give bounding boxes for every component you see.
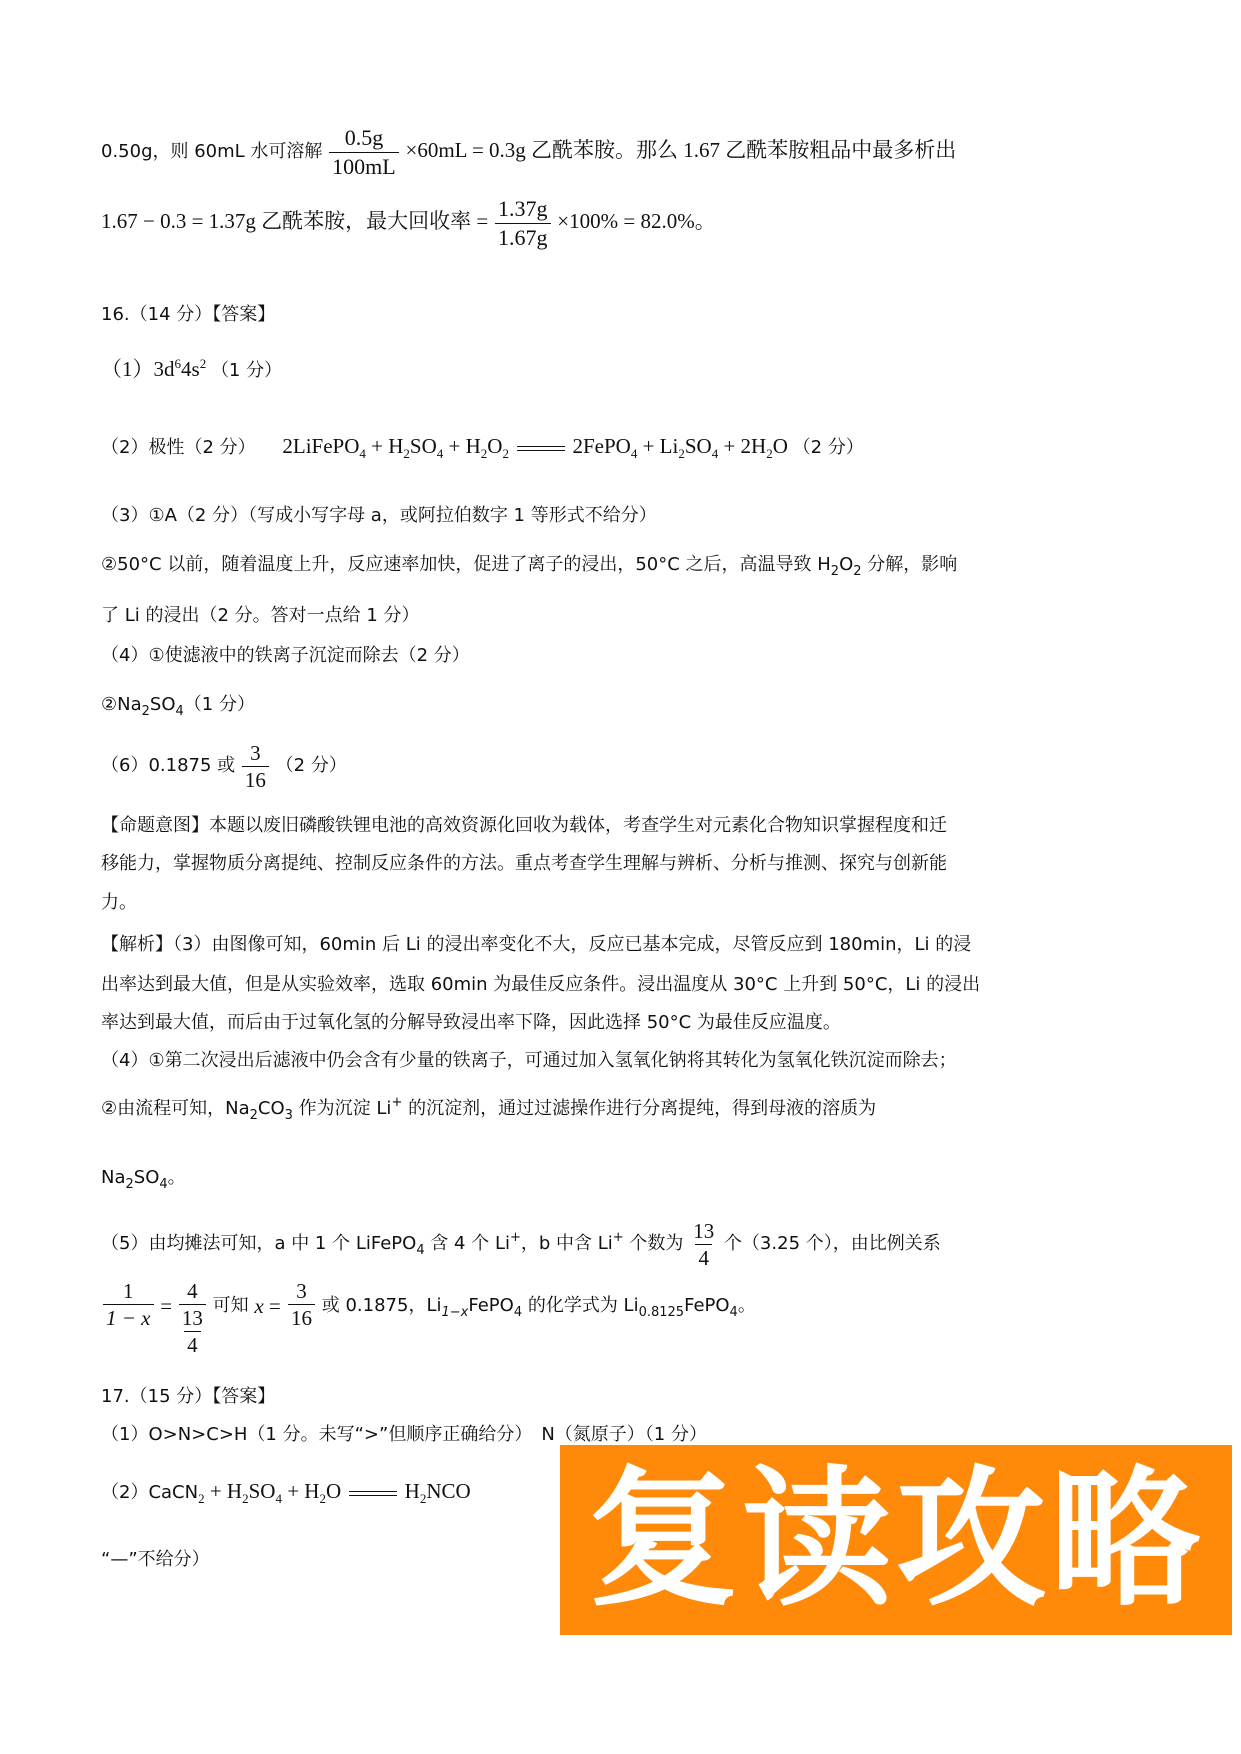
fraction: 1 1 − x [103,1278,154,1331]
q16-answer-3-2: ②50°C 以前，随着温度上升，反应速率加快，促进了离子的浸出，50°C 之后，… [101,552,957,578]
text: （5）由均摊法可知，a 中 1 个 LiFePO4 含 4 个 Li+，b 中含… [101,1233,683,1254]
denominator: 16 [288,1304,315,1331]
q16-answer-2: （2）极性（2 分） 2LiFePO4 + H2SO4 + H2O2 2FePO… [101,433,864,461]
analysis-line-2: 出率达到最大值，但是从实验效率，选取 60min 为最佳反应条件。浸出温度从 3… [101,972,980,998]
q16-answer-1: （1）3d64s2 （1 分） [101,356,282,384]
text: （1）3d64s2 [101,357,206,381]
equation: （2）CaCN2 + H2SO4 + H2O [101,1479,341,1503]
numerator: 0.5g [342,124,387,152]
text: ②Na2SO4（1 分） [101,694,255,715]
analysis-line-4: （4）①第二次浸出后滤液中仍会含有少量的铁离子，可通过加入氢氧化钠将其转化为氢氧… [101,1048,957,1074]
denominator: 4 [695,1244,712,1271]
analysis-4-2: ②由流程可知，Na2CO3 作为沉淀 Li+ 的沉淀剂，通过过滤操作进行分离提纯… [101,1096,876,1122]
calc-line-1: 0.50g，则 60mL 水可溶解 0.5g 100mL ×60mL = 0.3… [101,124,956,181]
analysis-5-2: 1 1 − x = 4 13 4 可知 x = 3 16 或 0.1875，Li… [101,1278,756,1358]
text: ②由流程可知，Na2CO3 作为沉淀 Li+ 的沉淀剂，通过过滤操作进行分离提纯… [101,1098,876,1119]
q16-answer-3-3: 了 Li 的浸出（2 分。答对一点给 1 分） [101,603,420,629]
q16-answer-4-1: （4）①使滤液中的铁离子沉淀而除去（2 分） [101,643,470,669]
text: （2 分） [276,755,347,776]
numerator: 13 [690,1218,717,1244]
calc-line-2: 1.67 − 0.3 = 1.37g 乙酰苯胺，最大回收率 = 1.37g 1.… [101,195,716,252]
intent-line-1: 【命题意图】本题以废旧磷酸铁锂电池的高效资源化回收为载体，考查学生对元素化合物知… [101,813,947,839]
text: （6）0.1875 或 [101,755,235,776]
text: 1.67 − 0.3 = 1.37g 乙酰苯胺，最大回收率 = [101,209,488,233]
text: Na2SO4。 [101,1167,186,1188]
complex-fraction: 4 13 4 [179,1278,206,1358]
fraction: 3 16 [288,1278,315,1331]
denominator: 16 [242,766,269,793]
equals: = [160,1294,172,1318]
watermark-text: 复读攻略 [588,1465,1204,1615]
intent-line-2: 移能力，掌握物质分离提纯、控制反应条件的方法。重点考查学生理解与辨析、分析与推测… [101,851,947,877]
text: 可知 [213,1295,255,1316]
analysis-4-3: Na2SO4。 [101,1165,186,1191]
intent-line-3: 力。 [101,890,137,916]
text: 或 0.1875，Li1−xFePO4 的化学式为 Li0.8125FePO4。 [322,1295,756,1316]
equation-right: 2FePO4 + Li2SO4 + 2H2O [572,434,787,458]
fraction: 13 4 [690,1218,717,1271]
q17-header: 17.（15 分）【答案】 [101,1384,275,1410]
text: ×100% = 82.0%。 [557,209,715,233]
q17-answer-2: （2）CaCN2 + H2SO4 + H2O H2NCO [101,1478,471,1506]
variable: x [254,1294,263,1318]
text: 个（3.25 个），由比例关系 [724,1233,941,1254]
numerator: 3 [247,740,264,766]
equals-sign [349,1491,397,1496]
text: ②50°C 以前，随着温度上升，反应速率加快，促进了离子的浸出，50°C 之后，… [101,554,957,575]
equals-sign [517,446,565,451]
analysis-line-1: 【解析】（3）由图像可知，60min 后 Li 的浸出率变化不大，反应已基本完成… [101,932,971,958]
q16-answer-6: （6）0.1875 或 3 16 （2 分） [101,740,347,793]
denominator: 13 4 [179,1304,206,1358]
denominator: 1.67g [495,223,551,252]
equation-right: H2NCO [405,1479,471,1503]
denominator: 100mL [329,152,399,181]
denominator: 1 − x [103,1304,154,1331]
q17-answer-3: “—”不给分） [101,1547,210,1573]
numerator: 1.37g [495,195,551,223]
numerator: 3 [293,1278,310,1304]
text: 0.50g，则 60mL 水可溶解 [101,141,322,162]
text: ×60mL = 0.3g 乙酰苯胺。那么 1.67 乙酰苯胺粗品中最多析出 [405,138,956,162]
text: （2 分） [793,437,864,458]
watermark-banner: 复读攻略 [560,1445,1232,1635]
fraction: 0.5g 100mL [329,124,399,181]
analysis-5: （5）由均摊法可知，a 中 1 个 LiFePO4 含 4 个 Li+，b 中含… [101,1218,941,1271]
q16-header: 16.（14 分）【答案】 [101,302,275,328]
q16-answer-4-2: ②Na2SO4（1 分） [101,692,255,718]
q16-answer-3-1: （3）①A（2 分）（写成小写字母 a，或阿拉伯数字 1 等形式不给分） [101,503,657,529]
analysis-line-3: 率达到最大值，而后由于过氧化氢的分解导致浸出率下降，因此选择 50°C 为最佳反… [101,1010,841,1036]
text: （2）极性（2 分） [101,437,256,458]
numerator: 4 [184,1278,201,1304]
fraction: 3 16 [242,740,269,793]
text: = [264,1294,286,1318]
fraction: 1.37g 1.67g [495,195,551,252]
text: （1 分） [211,360,282,381]
numerator: 1 [120,1278,137,1304]
equation-left: 2LiFePO4 + H2SO4 + H2O2 [282,434,509,458]
